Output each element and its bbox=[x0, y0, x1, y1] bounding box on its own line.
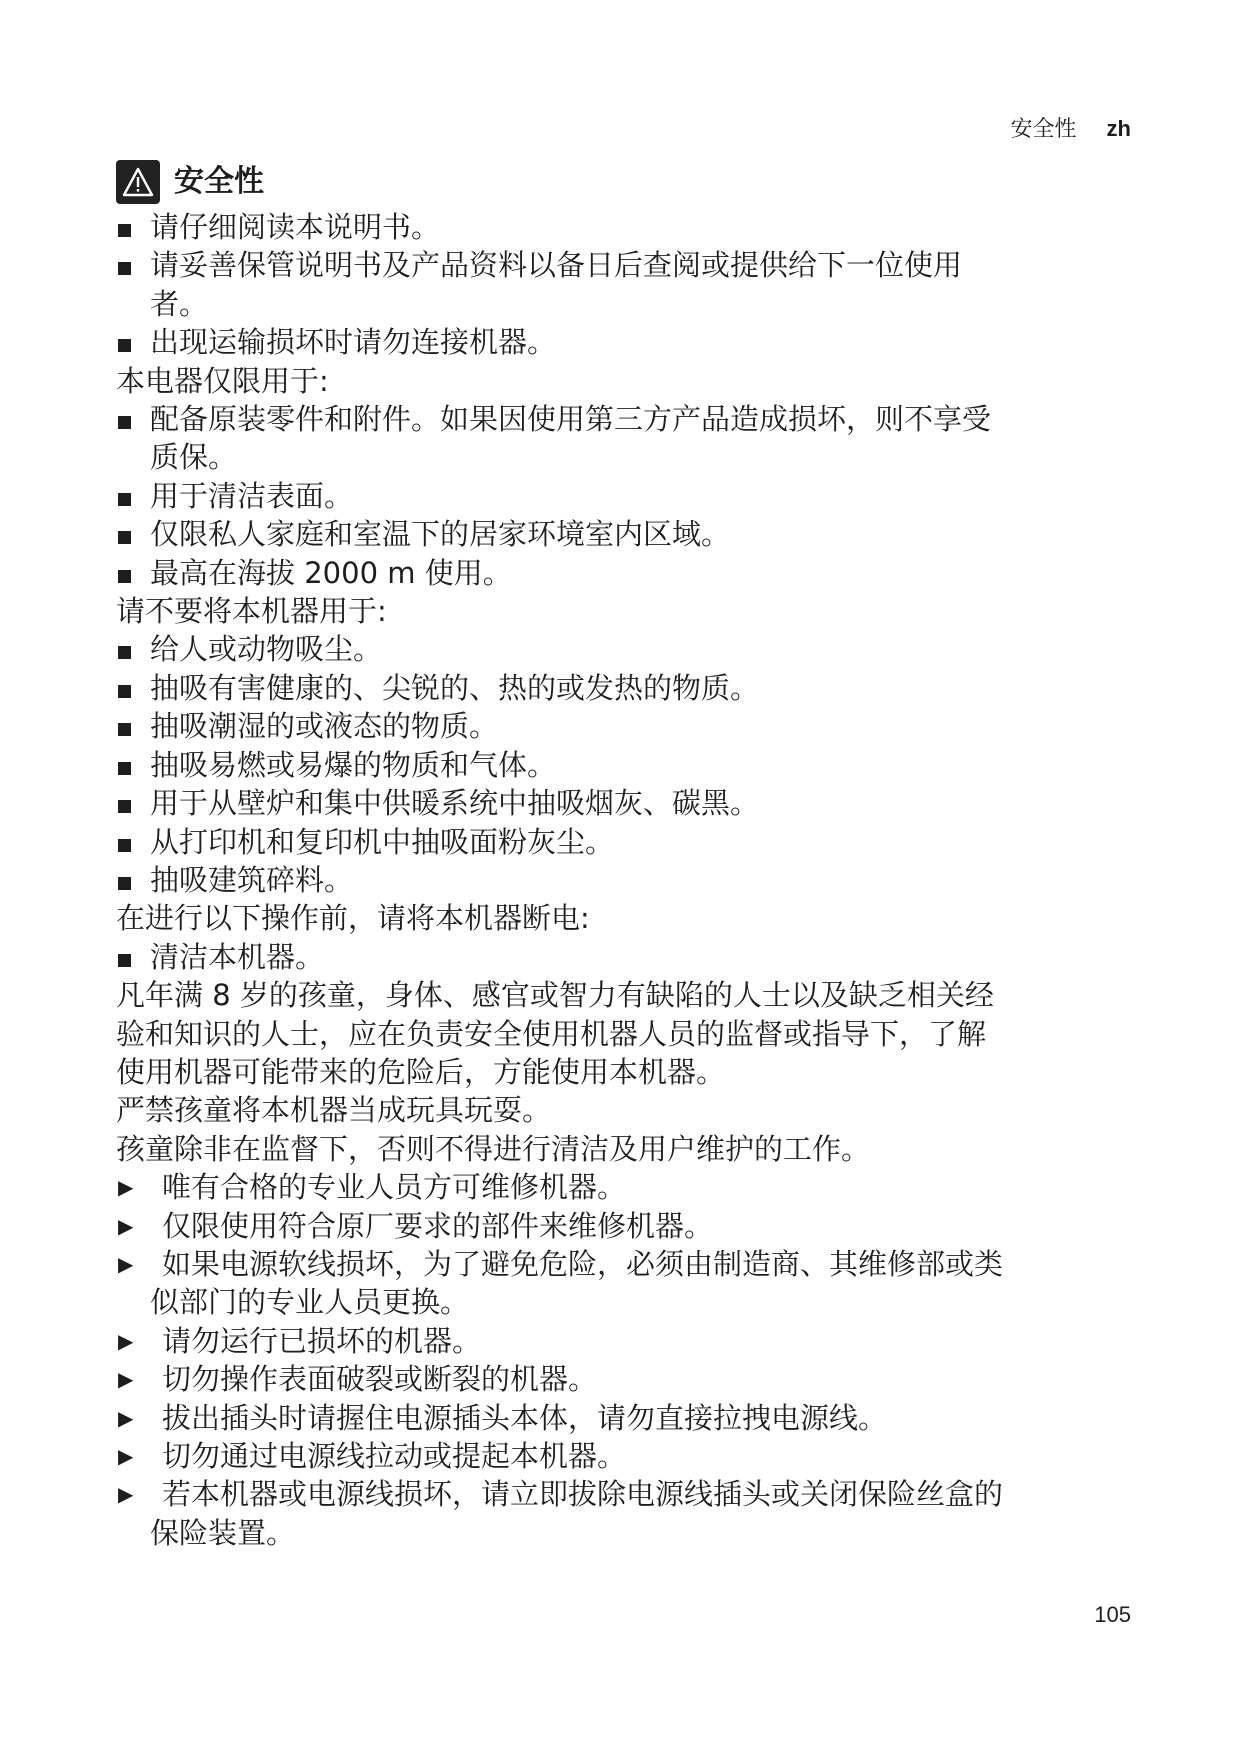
text-line: 使用机器可能带来的危险后，方能使用本机器。 bbox=[116, 1053, 1136, 1091]
section-title: 安全性 bbox=[174, 163, 264, 201]
bullet-item: 抽吸潮湿的或液态的物质。 bbox=[116, 707, 1136, 745]
bullet-item: 配备原装零件和附件。如果因使用第三方产品造成损坏，则不享受质保。 bbox=[116, 400, 1136, 477]
text-line: 仅限使用符合原厂要求的部件来维修机器。 bbox=[162, 1207, 1136, 1245]
bullet-square-icon bbox=[118, 746, 131, 784]
bullet-square-icon bbox=[118, 784, 131, 822]
instruction-step: ▶切勿通过电源线拉动或提起本机器。 bbox=[116, 1437, 1136, 1475]
triangle-arrow-icon: ▶ bbox=[118, 1207, 133, 1245]
triangle-arrow-icon: ▶ bbox=[118, 1437, 133, 1475]
text-line: 用于从壁炉和集中供暖系统中抽吸烟灰、碳黑。 bbox=[150, 784, 1136, 822]
bullet-item: 请妥善保管说明书及产品资料以备日后查阅或提供给下一位使用者。 bbox=[116, 246, 1136, 323]
text-line: 切勿操作表面破裂或断裂的机器。 bbox=[162, 1360, 1136, 1398]
bullet-square-icon bbox=[118, 823, 131, 861]
safety-section: 安全性 请仔细阅读本说明书。请妥善保管说明书及产品资料以备日后查阅或提供给下一位… bbox=[116, 160, 1136, 1552]
bullet-square-icon bbox=[118, 515, 131, 553]
text-line: 最高在海拔 2000 m 使用。 bbox=[150, 554, 1136, 592]
bullet-item: 仅限私人家庭和室温下的居家环境室内区域。 bbox=[116, 515, 1136, 553]
text-line: 请不要将本机器用于: bbox=[116, 592, 1136, 630]
text-line: 抽吸建筑碎料。 bbox=[150, 861, 1136, 899]
bullet-square-icon bbox=[118, 669, 131, 707]
bullet-square-icon bbox=[118, 554, 131, 592]
instruction-step: ▶唯有合格的专业人员方可维修机器。 bbox=[116, 1168, 1136, 1206]
bullet-square-icon bbox=[118, 323, 131, 361]
text-line: 若本机器或电源线损坏，请立即拔除电源线插头或关闭保险丝盒的 bbox=[162, 1475, 1136, 1513]
bullet-item: 出现运输损坏时请勿连接机器。 bbox=[116, 323, 1136, 361]
triangle-arrow-icon: ▶ bbox=[118, 1475, 133, 1513]
header-language-code: zh bbox=[1107, 116, 1131, 142]
text-line: 孩童除非在监督下，否则不得进行清洁及用户维护的工作。 bbox=[116, 1130, 1136, 1168]
bullet-item: 用于清洁表面。 bbox=[116, 477, 1136, 515]
text-line: 在进行以下操作前，请将本机器断电: bbox=[116, 899, 1136, 937]
bullet-square-icon bbox=[118, 630, 131, 668]
paragraph: 在进行以下操作前，请将本机器断电: bbox=[116, 899, 1136, 937]
paragraph: 孩童除非在监督下，否则不得进行清洁及用户维护的工作。 bbox=[116, 1130, 1136, 1168]
text-line: 请仔细阅读本说明书。 bbox=[150, 208, 1136, 246]
bullet-square-icon bbox=[118, 208, 131, 246]
text-line: 抽吸易燃或易爆的物质和气体。 bbox=[150, 746, 1136, 784]
text-line: 验和知识的人士，应在负责安全使用机器人员的监督或指导下，了解 bbox=[116, 1015, 1136, 1053]
bullet-item: 用于从壁炉和集中供暖系统中抽吸烟灰、碳黑。 bbox=[116, 784, 1136, 822]
instruction-step: ▶仅限使用符合原厂要求的部件来维修机器。 bbox=[116, 1207, 1136, 1245]
text-line: 如果电源软线损坏，为了避免危险，必须由制造商、其维修部或类 bbox=[162, 1245, 1136, 1283]
text-line: 给人或动物吸尘。 bbox=[150, 630, 1136, 668]
paragraph: 严禁孩童将本机器当成玩具玩耍。 bbox=[116, 1091, 1136, 1129]
text-line: 请妥善保管说明书及产品资料以备日后查阅或提供给下一位使用 bbox=[150, 246, 1136, 284]
page-number: 105 bbox=[1094, 1602, 1131, 1628]
text-line: 者。 bbox=[150, 285, 1136, 323]
triangle-arrow-icon: ▶ bbox=[118, 1245, 133, 1283]
bullet-item: 抽吸建筑碎料。 bbox=[116, 861, 1136, 899]
bullet-square-icon bbox=[118, 400, 131, 438]
text-line: 质保。 bbox=[150, 438, 1136, 476]
bullet-square-icon bbox=[118, 246, 131, 284]
text-line: 切勿通过电源线拉动或提起本机器。 bbox=[162, 1437, 1136, 1475]
triangle-arrow-icon: ▶ bbox=[118, 1322, 133, 1360]
text-line: 抽吸潮湿的或液态的物质。 bbox=[150, 707, 1136, 745]
bullet-item: 最高在海拔 2000 m 使用。 bbox=[116, 554, 1136, 592]
bullet-square-icon bbox=[118, 938, 131, 976]
paragraph: 凡年满 8 岁的孩童，身体、感官或智力有缺陷的人士以及缺乏相关经验和知识的人士，… bbox=[116, 976, 1136, 1091]
text-line: 似部门的专业人员更换。 bbox=[150, 1283, 1136, 1321]
triangle-arrow-icon: ▶ bbox=[118, 1360, 133, 1398]
bullet-square-icon bbox=[118, 861, 131, 899]
text-line: 本电器仅限用于: bbox=[116, 362, 1136, 400]
bullet-square-icon bbox=[118, 477, 131, 515]
text-line: 出现运输损坏时请勿连接机器。 bbox=[150, 323, 1136, 361]
safety-instructions: 请仔细阅读本说明书。请妥善保管说明书及产品资料以备日后查阅或提供给下一位使用者。… bbox=[116, 208, 1136, 1552]
bullet-item: 给人或动物吸尘。 bbox=[116, 630, 1136, 668]
paragraph: 请不要将本机器用于: bbox=[116, 592, 1136, 630]
bullet-item: 从打印机和复印机中抽吸面粉灰尘。 bbox=[116, 823, 1136, 861]
text-line: 拔出插头时请握住电源插头本体，请勿直接拉拽电源线。 bbox=[162, 1399, 1136, 1437]
text-line: 从打印机和复印机中抽吸面粉灰尘。 bbox=[150, 823, 1136, 861]
bullet-item: 请仔细阅读本说明书。 bbox=[116, 208, 1136, 246]
bullet-item: 抽吸易燃或易爆的物质和气体。 bbox=[116, 746, 1136, 784]
triangle-arrow-icon: ▶ bbox=[118, 1399, 133, 1437]
section-heading: 安全性 bbox=[116, 160, 1136, 204]
warning-triangle-icon bbox=[116, 160, 160, 204]
text-line: 严禁孩童将本机器当成玩具玩耍。 bbox=[116, 1091, 1136, 1129]
header-section-title: 安全性 bbox=[1011, 112, 1077, 143]
instruction-step: ▶拔出插头时请握住电源插头本体，请勿直接拉拽电源线。 bbox=[116, 1399, 1136, 1437]
text-line: 保险装置。 bbox=[150, 1514, 1136, 1552]
bullet-item: 清洁本机器。 bbox=[116, 938, 1136, 976]
text-line: 抽吸有害健康的、尖锐的、热的或发热的物质。 bbox=[150, 669, 1136, 707]
text-line: 用于清洁表面。 bbox=[150, 477, 1136, 515]
instruction-step: ▶如果电源软线损坏，为了避免危险，必须由制造商、其维修部或类似部门的专业人员更换… bbox=[116, 1245, 1136, 1322]
running-header: 安全性 zh bbox=[1011, 112, 1131, 143]
instruction-step: ▶切勿操作表面破裂或断裂的机器。 bbox=[116, 1360, 1136, 1398]
triangle-arrow-icon: ▶ bbox=[118, 1168, 133, 1206]
text-line: 唯有合格的专业人员方可维修机器。 bbox=[162, 1168, 1136, 1206]
bullet-square-icon bbox=[118, 707, 131, 745]
paragraph: 本电器仅限用于: bbox=[116, 362, 1136, 400]
text-line: 请勿运行已损坏的机器。 bbox=[162, 1322, 1136, 1360]
bullet-item: 抽吸有害健康的、尖锐的、热的或发热的物质。 bbox=[116, 669, 1136, 707]
text-line: 凡年满 8 岁的孩童，身体、感官或智力有缺陷的人士以及缺乏相关经 bbox=[116, 976, 1136, 1014]
instruction-step: ▶若本机器或电源线损坏，请立即拔除电源线插头或关闭保险丝盒的保险装置。 bbox=[116, 1475, 1136, 1552]
text-line: 配备原装零件和附件。如果因使用第三方产品造成损坏，则不享受 bbox=[150, 400, 1136, 438]
instruction-step: ▶请勿运行已损坏的机器。 bbox=[116, 1322, 1136, 1360]
text-line: 清洁本机器。 bbox=[150, 938, 1136, 976]
text-line: 仅限私人家庭和室温下的居家环境室内区域。 bbox=[150, 515, 1136, 553]
